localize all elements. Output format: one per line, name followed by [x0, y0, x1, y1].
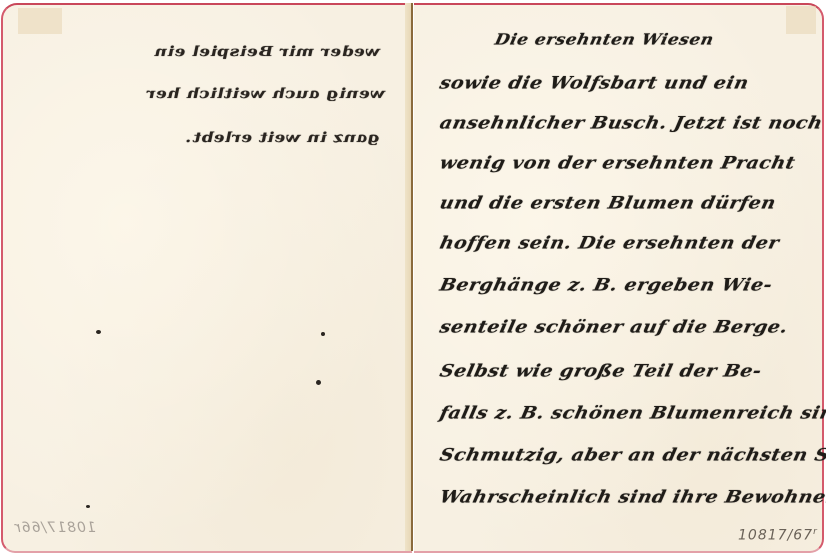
text-line: wenig von der ersehnten Pracht [438, 153, 797, 173]
text-line: ansehnlicher Busch. Jetzt ist noch [438, 113, 825, 133]
ink-speck [321, 332, 325, 336]
text-line: hoffen sein. Die ersehnten der [438, 233, 781, 253]
spine-line [411, 3, 413, 551]
shelfmark-ghost: 10817/66r [14, 520, 96, 536]
bleed-line-2: wenig auch weitlich her [101, 86, 388, 102]
text-line: Berghänge z. B. ergeben Wie- [438, 275, 774, 295]
shelfmark: 10817/67r [738, 527, 818, 544]
text-line: sowie die Wolfsbart und ein [438, 73, 751, 93]
text-line: Wahrscheinlich sind ihre Bewohner gegen [438, 487, 826, 507]
text-line: senteile schöner auf die Berge. [438, 317, 790, 337]
text-line: Schmutzig, aber an der nächsten Stelle. [438, 445, 826, 465]
ink-speck [316, 380, 321, 385]
text-line: und die ersten Blumen dürfen [438, 193, 778, 213]
ink-speck [96, 330, 101, 334]
ink-speck [86, 505, 90, 508]
paper-stain-right [786, 6, 816, 34]
text-line: falls z. B. schönen Blumenreich sind [438, 403, 826, 423]
text-line: Selbst wie große Teil der Be- [438, 361, 764, 381]
page-heading: Die ersehnten Wiesen [493, 31, 715, 49]
notebook-spread: weder mir Beispiel ein wenig auch weitli… [0, 0, 826, 553]
paper-stain-left [18, 8, 62, 34]
bleed-line-3: ganz in weit erlebt. [126, 130, 383, 146]
bleed-line-1: weder mir Beispiel ein [96, 44, 383, 60]
